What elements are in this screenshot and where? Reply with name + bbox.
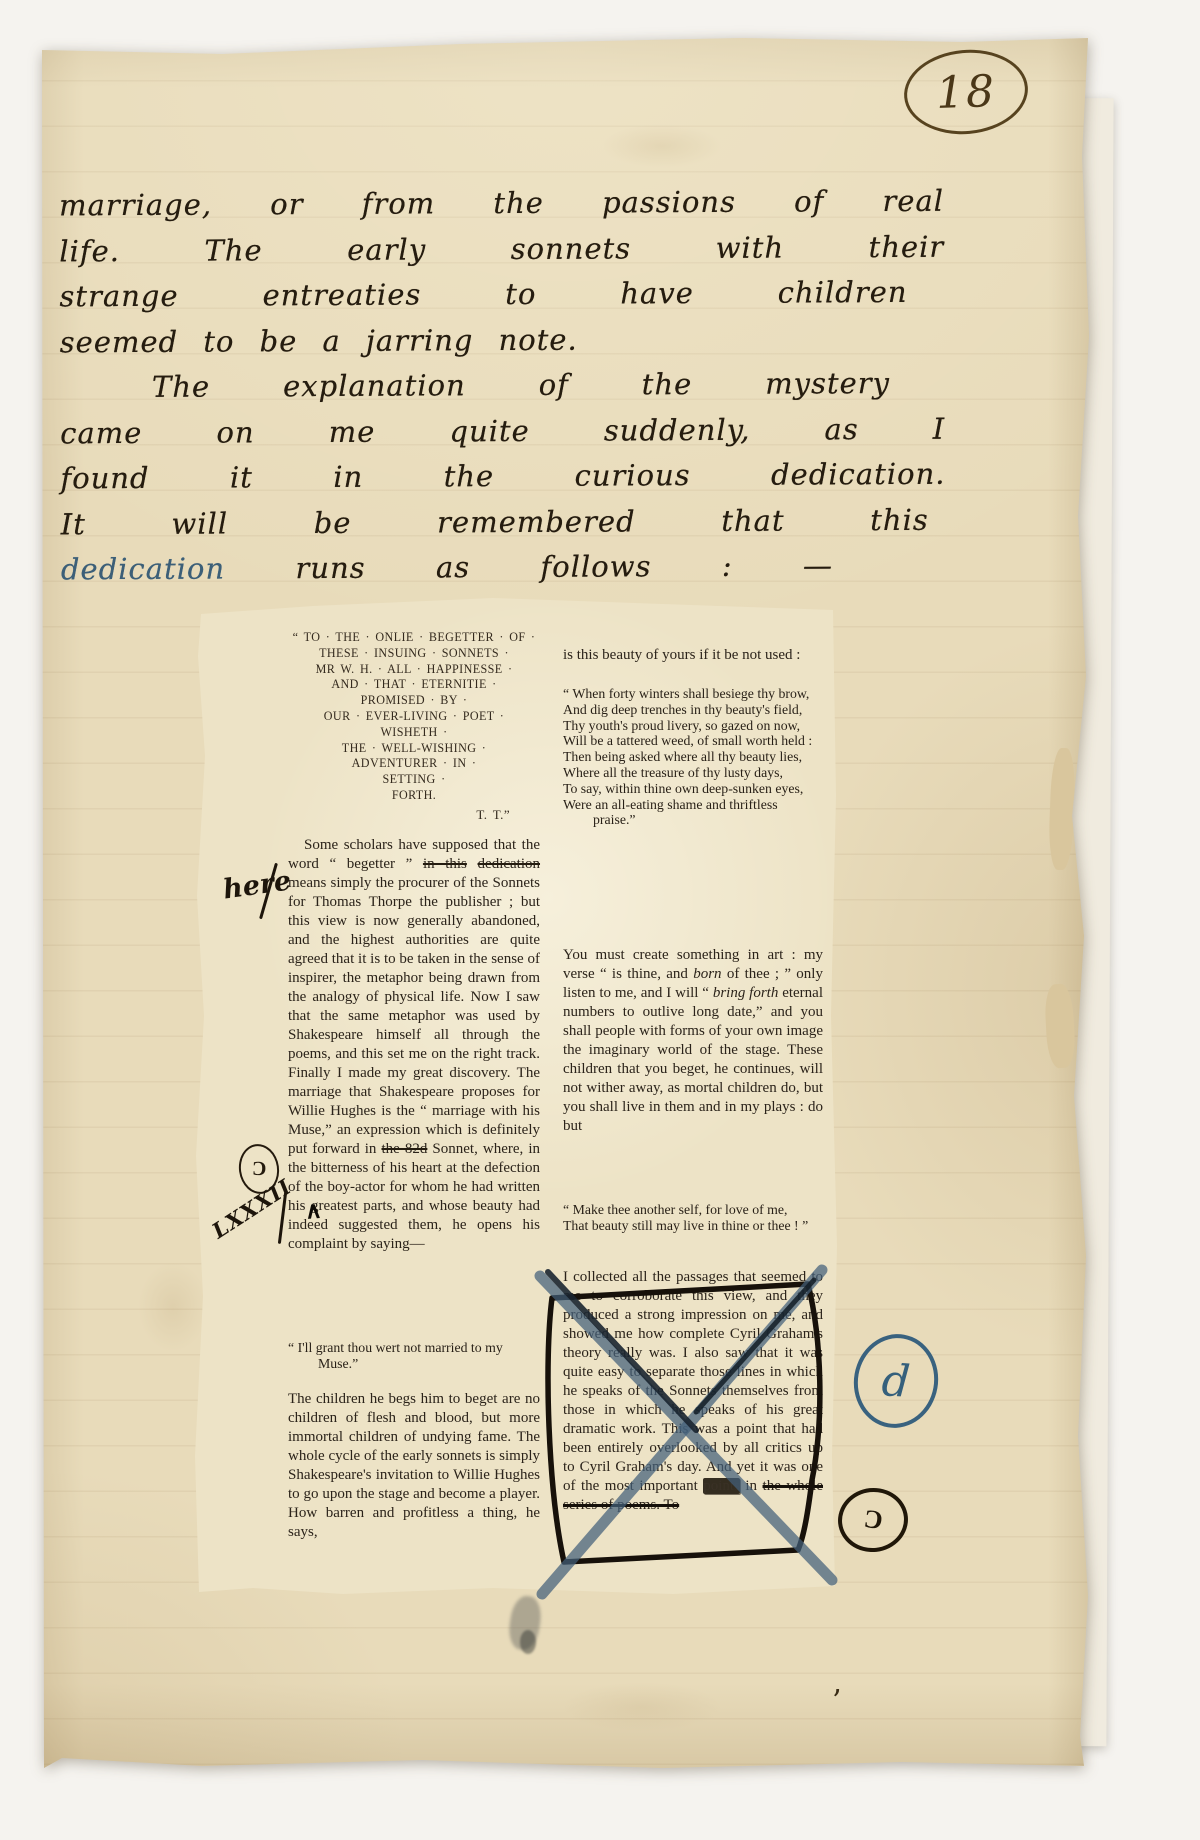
body-text: eternal numbers to outlive long date,” a…: [563, 985, 823, 1134]
verse-line: To say, within thine own deep-sunken eye…: [563, 781, 823, 797]
handwritten-line: seemed to be a jarring note.: [60, 322, 578, 370]
handwritten-line: marriage, or from the passions of real: [59, 184, 944, 234]
insertion-caret-mark: ∧: [304, 1197, 323, 1224]
dedication-line: THESE · INSUING · SONNETS ·: [288, 646, 540, 662]
paper-stain: [562, 1682, 722, 1732]
squiggle-glyph: Ͻ: [251, 1157, 266, 1180]
dedication-line: PROMISED · BY ·: [288, 693, 540, 709]
paragraph-the-children: The children he begs him to beget are no…: [288, 1390, 540, 1542]
circled-d-annotation: d: [846, 1327, 945, 1434]
dedication-line: MR W. H. · ALL · HAPPINESSE ·: [288, 662, 540, 678]
verse-line: Will be a tattered weed, of small worth …: [563, 733, 823, 749]
annotation-letter-d: d: [880, 1355, 912, 1408]
verse-line: Then being asked where all thy beauty li…: [563, 749, 823, 765]
verse-line: Were an all-eating shame and thriftless …: [563, 797, 823, 829]
verse-line: “ When forty winters shall besiege thy b…: [563, 686, 823, 702]
squiggle-glyph: Ͻ: [862, 1504, 885, 1536]
verse-line: Where all the treasure of thy lusty days…: [563, 765, 823, 781]
verse-line: “ I'll grant thou wert not married to my…: [288, 1340, 540, 1372]
verse-line: Thy youth's proud livery, so gazed on no…: [563, 718, 823, 734]
body-text: means simply the procurer of the Sonnets…: [288, 875, 540, 1157]
handwritten-line: life. The early sonnets with their: [59, 229, 944, 279]
page-number: 18: [935, 65, 997, 118]
paper-stain: [138, 1262, 208, 1352]
torn-edge-chip: [1048, 748, 1076, 871]
handwritten-line-rest: runs as follows : —: [295, 548, 833, 585]
italic-text: born: [693, 966, 721, 982]
dedication-line: ADVENTURER · IN ·: [288, 756, 540, 772]
dedication-block: “ TO · THE · ONLIE · BEGETTER · OF · THE…: [288, 630, 540, 823]
handwritten-word-blue-ink: dedication: [61, 551, 225, 586]
dedication-line: “ TO · THE · ONLIE · BEGETTER · OF ·: [288, 630, 540, 646]
handwritten-text-block: marriage, or from the passions of real l…: [59, 184, 961, 598]
margin-note-here: here: [221, 865, 293, 905]
struck-text: the 82d: [381, 1141, 427, 1157]
struck-text: dedication: [478, 856, 540, 872]
italic-text: bring forth: [713, 985, 779, 1001]
handwritten-line: strange entreaties to have children: [59, 275, 907, 325]
verse-line: And dig deep trenches in thy beauty's fi…: [563, 702, 823, 718]
body-text: Sonnet, where, in the bitterness of his …: [288, 1141, 540, 1252]
crossout-box-and-x-annotation: [512, 1214, 852, 1614]
paragraph-you-must-create: You must create something in art : my ve…: [563, 946, 823, 1136]
handwritten-line: dedication runs as follows : —: [61, 548, 833, 598]
page-number-badge: 18: [901, 45, 1032, 139]
dedication-line: WISHETH ·: [288, 725, 540, 741]
paragraph-is-this-beauty: is this beauty of yours if it be not use…: [563, 646, 823, 665]
paragraph-some-scholars: Some scholars have supposed that the wor…: [288, 836, 540, 1254]
struck-text: in this: [423, 856, 467, 872]
handwritten-line: came on me quite suddenly, as I: [60, 411, 945, 461]
dedication-line: AND · THAT · ETERNITIE ·: [288, 677, 540, 693]
stray-pen-mark: ’: [832, 1684, 842, 1719]
ink-smudge: [520, 1630, 536, 1654]
torn-edge-chip: [1044, 983, 1076, 1068]
body-text: [467, 856, 478, 872]
handwritten-line: It will be remembered that this: [61, 502, 929, 552]
dedication-line: THE · WELL-WISHING ·: [288, 741, 540, 757]
paper-stain: [602, 124, 722, 168]
dedication-line: FORTH.: [288, 788, 540, 804]
dedication-line: OUR · EVER-LIVING · POET ·: [288, 709, 540, 725]
dedication-signature: T. T.”: [288, 807, 540, 823]
dedication-line: SETTING ·: [288, 772, 540, 788]
quote-ill-grant: “ I'll grant thou wert not married to my…: [288, 1340, 540, 1372]
quote-when-forty-winters: “ When forty winters shall besiege thy b…: [563, 686, 823, 828]
manuscript-page: 18 marriage, or from the passions of rea…: [42, 36, 1090, 1770]
page-shadow: 18 marriage, or from the passions of rea…: [42, 36, 1090, 1770]
handwritten-line: The explanation of the mystery: [152, 366, 890, 415]
crossout-x-dark-overlay-2: [696, 1280, 814, 1412]
handwritten-line: found it in the curious dedication.: [60, 457, 945, 507]
